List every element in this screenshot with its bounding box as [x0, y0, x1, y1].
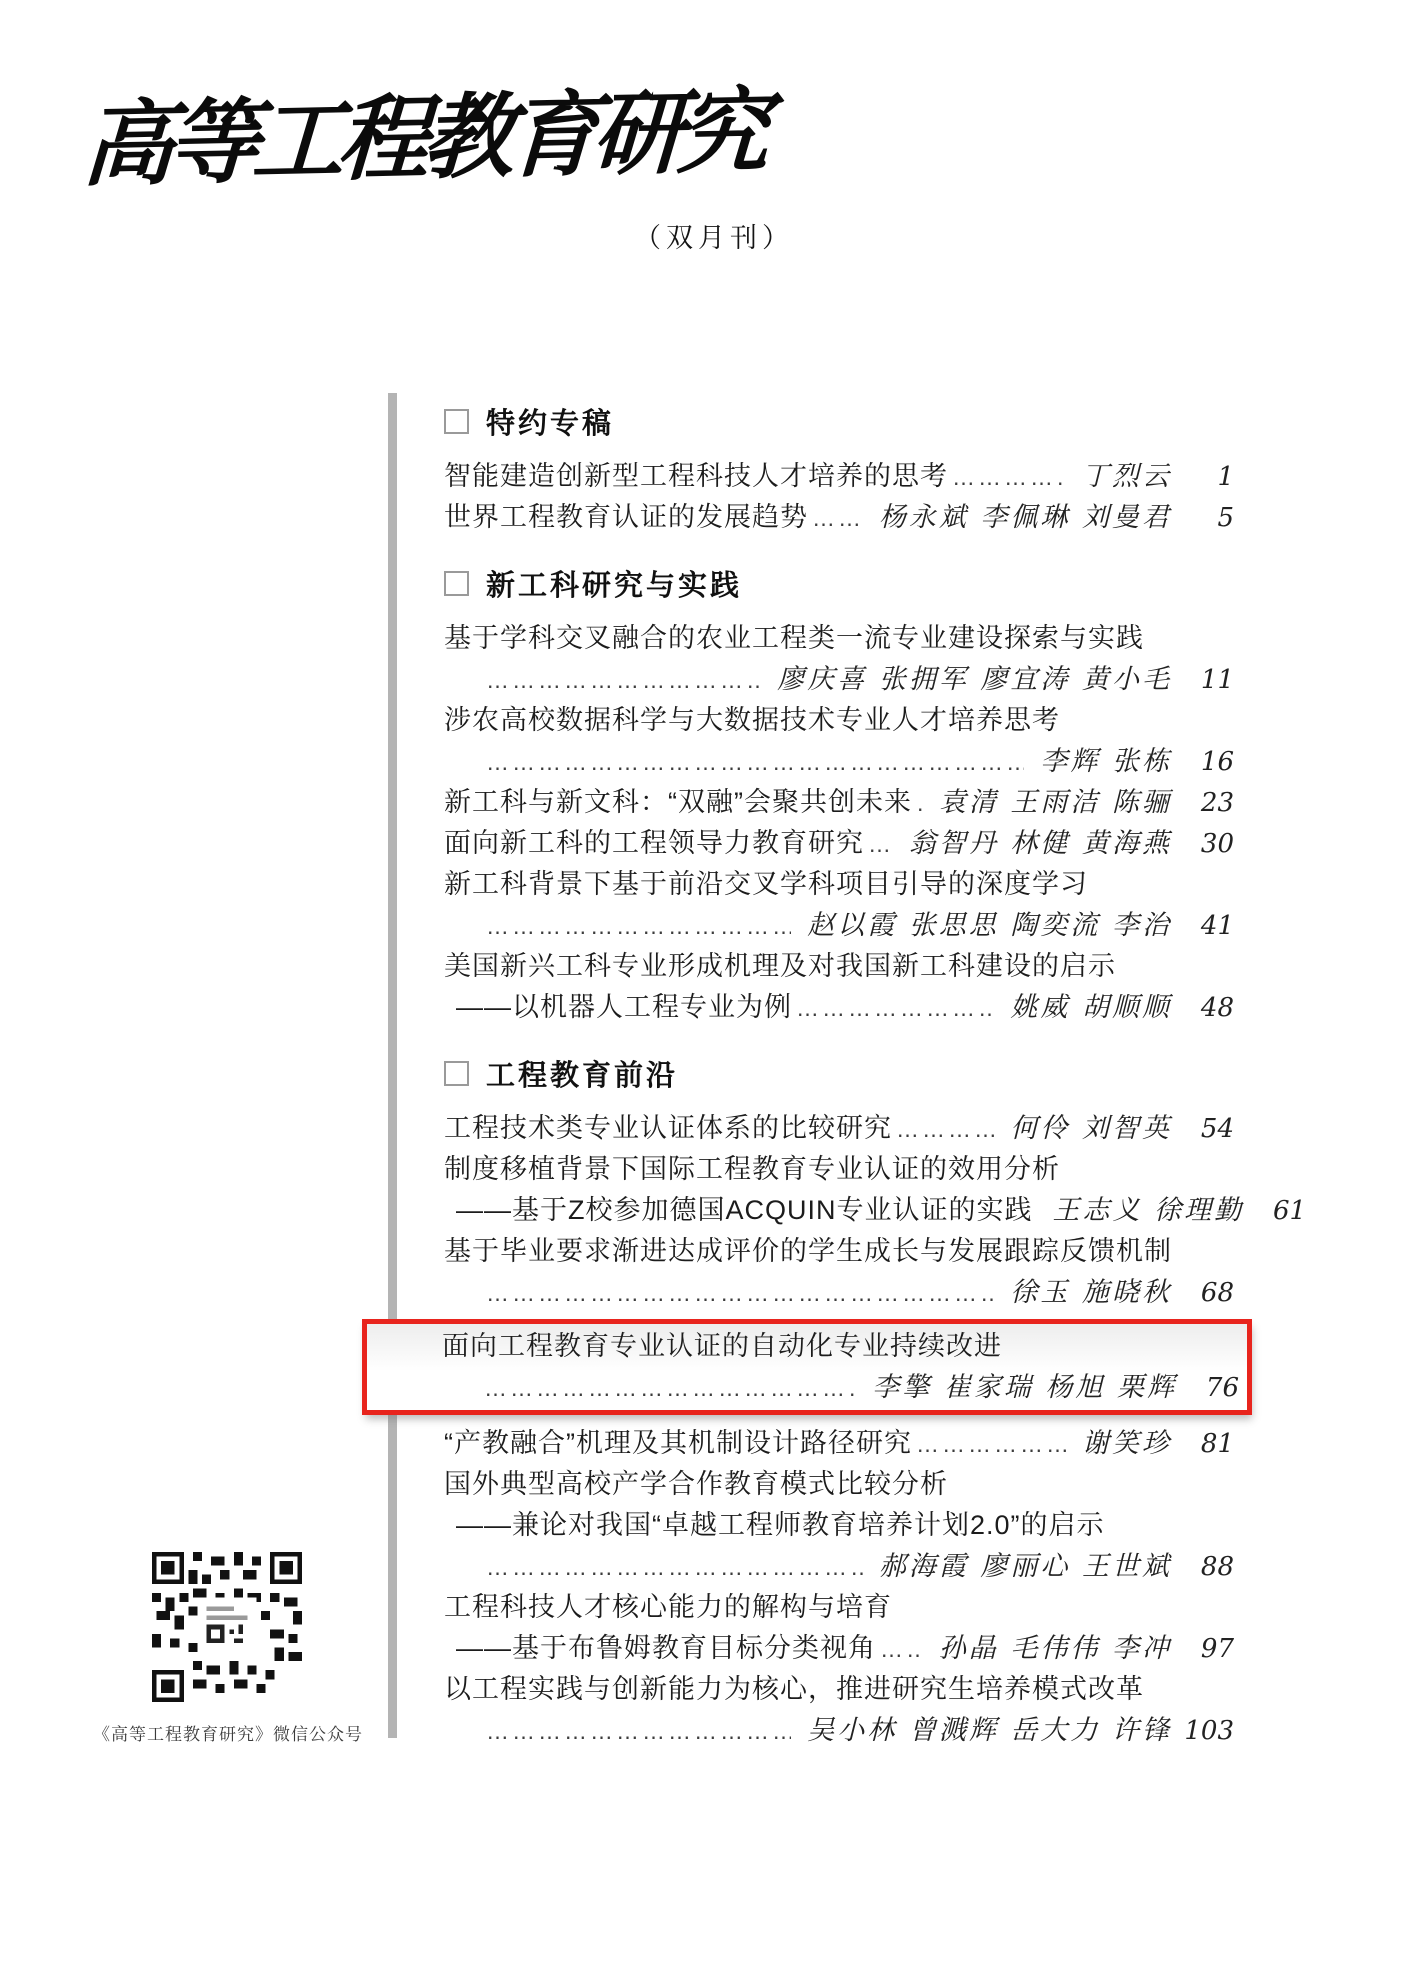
dot-leader: …………………………………………………………………………………………………………… — [486, 1273, 994, 1314]
article-page: 5 — [1172, 498, 1234, 539]
article-title: 制度移植背景下国际工程教育专业认证的效用分析 — [444, 1149, 1060, 1190]
article-page: 76 — [1177, 1368, 1239, 1409]
dot-leader: …………………………………………………………………………………………………………… — [486, 1711, 791, 1752]
toc-entry: 制度移植背景下国际工程教育专业认证的效用分析 — [444, 1149, 1234, 1190]
article-subtitle: ——基于布鲁姆教育目标分类视角 — [456, 1628, 876, 1669]
section-label: 工程教育前沿 — [486, 1053, 678, 1094]
dot-leader: …………………………………………………………………………………………………………… — [486, 906, 791, 947]
toc-entry-continuation: …………………………………………………………………………………………………………… — [444, 1710, 1234, 1751]
article-page: 54 — [1172, 1109, 1234, 1150]
article-authors: 郝海霞 廖丽心 王世斌 — [879, 1546, 1172, 1587]
toc-entry: 美国新兴工科专业形成机理及对我国新工科建设的启示 — [444, 946, 1234, 987]
toc-left-rule — [388, 393, 397, 1738]
toc-entry: 智能建造创新型工程科技人才培养的思考 ………………………………………………………… — [444, 456, 1234, 497]
article-authors: 王志义 徐理勤 — [1053, 1190, 1245, 1231]
toc-entry: 以工程实践与创新能力为核心，推进研究生培养模式改革 — [444, 1669, 1234, 1710]
toc-entry-subtitle: ——以机器人工程专业为例 ………………………………………………………………………… — [444, 987, 1234, 1028]
article-title: 以工程实践与创新能力为核心，推进研究生培养模式改革 — [444, 1669, 1144, 1710]
journal-frequency-label: （双月刊） — [634, 216, 794, 255]
dot-leader: …………………………………………………………………………………………………………… — [484, 1368, 856, 1409]
article-authors: 徐玉 施晓秋 — [1010, 1272, 1172, 1313]
article-authors: 赵以霞 张思思 陶奕流 李治 — [807, 905, 1172, 946]
article-subtitle: ——基于Z校参加德国ACQUIN专业认证的实践 — [456, 1190, 1033, 1231]
article-authors: 翁智丹 林健 黄海燕 — [909, 823, 1172, 864]
toc-entry: 新工科与新文科：“双融”会聚共创未来 ………………………………………………………… — [444, 782, 1234, 823]
article-page: 97 — [1172, 1629, 1234, 1670]
article-page: 11 — [1172, 660, 1234, 701]
dot-leader: …………………………………………………………………………………………………………… — [880, 1629, 923, 1670]
toc-entry-continuation: …………………………………………………………………………………………………………… — [444, 659, 1234, 700]
article-title: 美国新兴工科专业形成机理及对我国新工科建设的启示 — [444, 946, 1116, 987]
article-page: 30 — [1172, 824, 1234, 865]
article-title: 基于毕业要求渐进达成评价的学生成长与发展跟踪反馈机制 — [444, 1231, 1172, 1272]
toc-entry-subtitle: ——兼论对我国“卓越工程师教育培养计划2.0”的启示 — [444, 1505, 1234, 1546]
article-authors: 姚威 胡顺顺 — [1010, 987, 1172, 1028]
article-title: 智能建造创新型工程科技人才培养的思考 — [444, 456, 948, 497]
toc-entry: 国外典型高校产学合作教育模式比较分析 — [444, 1464, 1234, 1505]
section-header: 新工科研究与实践 — [444, 560, 1234, 606]
toc-entry-continuation: …………………………………………………………………………………………………………… — [444, 1546, 1234, 1587]
square-bullet-icon — [444, 409, 469, 434]
toc-entry: 基于毕业要求渐进达成评价的学生成长与发展跟踪反馈机制 — [444, 1231, 1234, 1272]
toc-entry: 面向新工科的工程领导力教育研究 ………………………………………………………………… — [444, 823, 1234, 864]
toc-entry-continuation: …………………………………………………………………………………………………………… — [444, 741, 1234, 782]
article-authors: 孙晶 毛伟伟 李冲 — [939, 1628, 1172, 1669]
article-authors: 廖庆喜 张拥军 廖宜涛 黄小毛 — [777, 659, 1172, 700]
dot-leader: …………………………………………………………………………………………………………… — [812, 498, 863, 539]
dot-leader: …………………………………………………………………………………………………………… — [796, 988, 994, 1029]
article-title: “产教融合”机理及其机制设计路径研究 — [444, 1423, 912, 1464]
section-header: 特约专稿 — [444, 398, 1234, 444]
article-page: 103 — [1172, 1711, 1234, 1752]
square-bullet-icon — [444, 1061, 469, 1086]
dot-leader: …………………………………………………………………………………………………………… — [952, 457, 1066, 498]
article-title: 涉农高校数据科学与大数据技术专业人才培养思考 — [444, 700, 1060, 741]
article-authors: 丁烈云 — [1082, 456, 1172, 497]
article-subtitle: ——以机器人工程专业为例 — [456, 987, 792, 1028]
dot-leader: …………………………………………………………………………………………………………… — [868, 824, 893, 865]
article-page: 68 — [1172, 1273, 1234, 1314]
dot-leader: …………………………………………………………………………………………………………… — [896, 1109, 994, 1150]
article-title: 新工科背景下基于前沿交叉学科项目引导的深度学习 — [444, 864, 1088, 905]
article-title: 新工科与新文科：“双融”会聚共创未来 — [444, 782, 912, 823]
dot-leader: …………………………………………………………………………………………………………… — [486, 660, 761, 701]
section-header: 工程教育前沿 — [444, 1050, 1234, 1096]
toc-entry-continuation: …………………………………………………………………………………………………………… — [444, 1272, 1234, 1313]
article-title: 工程技术类专业认证体系的比较研究 — [444, 1108, 892, 1149]
article-title: 国外典型高校产学合作教育模式比较分析 — [444, 1464, 948, 1505]
toc-entry-continuation: …………………………………………………………………………………………………………… — [442, 1367, 1239, 1408]
article-title: 基于学科交叉融合的农业工程类一流专业建设探索与实践 — [444, 618, 1144, 659]
toc-entry: 新工科背景下基于前沿交叉学科项目引导的深度学习 — [444, 864, 1234, 905]
dot-leader: …………………………………………………………………………………………………………… — [486, 742, 1024, 783]
article-authors: 李辉 张栋 — [1040, 741, 1172, 782]
toc-entry-continuation: …………………………………………………………………………………………………………… — [444, 905, 1234, 946]
toc-entry: “产教融合”机理及其机制设计路径研究 ………………………………………………………… — [444, 1423, 1234, 1464]
article-authors: 吴小林 曾溅辉 岳大力 许锋 — [807, 1710, 1172, 1751]
article-page: 61 — [1244, 1191, 1306, 1232]
article-page: 23 — [1172, 783, 1234, 824]
square-bullet-icon — [444, 571, 469, 596]
dot-leader: …………………………………………………………………………………………………………… — [916, 783, 923, 824]
toc-entry-subtitle: ——基于Z校参加德国ACQUIN专业认证的实践 …………………………………………… — [444, 1190, 1234, 1231]
article-title: 世界工程教育认证的发展趋势 — [444, 497, 808, 538]
article-authors: 何伶 刘智英 — [1010, 1108, 1172, 1149]
dot-leader: …………………………………………………………………………………………………………… — [916, 1424, 1066, 1465]
toc-entry: 工程科技人才核心能力的解构与培育 — [444, 1587, 1234, 1628]
toc-entry-subtitle: ——基于布鲁姆教育目标分类视角 ………………………………………………………………… — [444, 1628, 1234, 1669]
dot-leader: …………………………………………………………………………………………………………… — [486, 1547, 863, 1588]
toc-entry: 面向工程教育专业认证的自动化专业持续改进 — [442, 1326, 1239, 1367]
article-page: 16 — [1172, 742, 1234, 783]
table-of-contents: 特约专稿 智能建造创新型工程科技人才培养的思考 …………………………………………… — [444, 398, 1234, 1751]
article-page: 48 — [1172, 988, 1234, 1029]
article-title: 工程科技人才核心能力的解构与培育 — [444, 1587, 892, 1628]
article-page: 1 — [1172, 457, 1234, 498]
article-subtitle: ——兼论对我国“卓越工程师教育培养计划2.0”的启示 — [456, 1505, 1105, 1546]
article-authors: 谢笑珍 — [1082, 1423, 1172, 1464]
article-authors: 杨永斌 李佩琳 刘曼君 — [879, 497, 1172, 538]
article-title: 面向工程教育专业认证的自动化专业持续改进 — [442, 1326, 1002, 1367]
article-page: 41 — [1172, 906, 1234, 947]
article-authors: 袁清 王雨洁 陈骊 — [939, 782, 1172, 823]
highlighted-entry: 面向工程教育专业认证的自动化专业持续改进 …………………………………………………… — [362, 1319, 1252, 1415]
wechat-qr-code — [152, 1552, 302, 1702]
toc-entry: 基于学科交叉融合的农业工程类一流专业建设探索与实践 — [444, 618, 1234, 659]
article-page: 88 — [1172, 1547, 1234, 1588]
section-label: 特约专稿 — [486, 401, 614, 442]
section-label: 新工科研究与实践 — [486, 563, 742, 604]
article-title: 面向新工科的工程领导力教育研究 — [444, 823, 864, 864]
toc-entry: 世界工程教育认证的发展趋势 ……………………………………………………………………… — [444, 497, 1234, 538]
qr-code-caption: 《高等工程教育研究》微信公众号 — [80, 1720, 376, 1745]
toc-entry: 工程技术类专业认证体系的比较研究 ……………………………………………………………… — [444, 1108, 1234, 1149]
journal-title-calligraphy: 高等工程教育研究 — [80, 58, 766, 204]
article-authors: 李擎 崔家瑞 杨旭 栗辉 — [872, 1367, 1177, 1408]
article-page: 81 — [1172, 1424, 1234, 1465]
toc-entry: 涉农高校数据科学与大数据技术专业人才培养思考 — [444, 700, 1234, 741]
